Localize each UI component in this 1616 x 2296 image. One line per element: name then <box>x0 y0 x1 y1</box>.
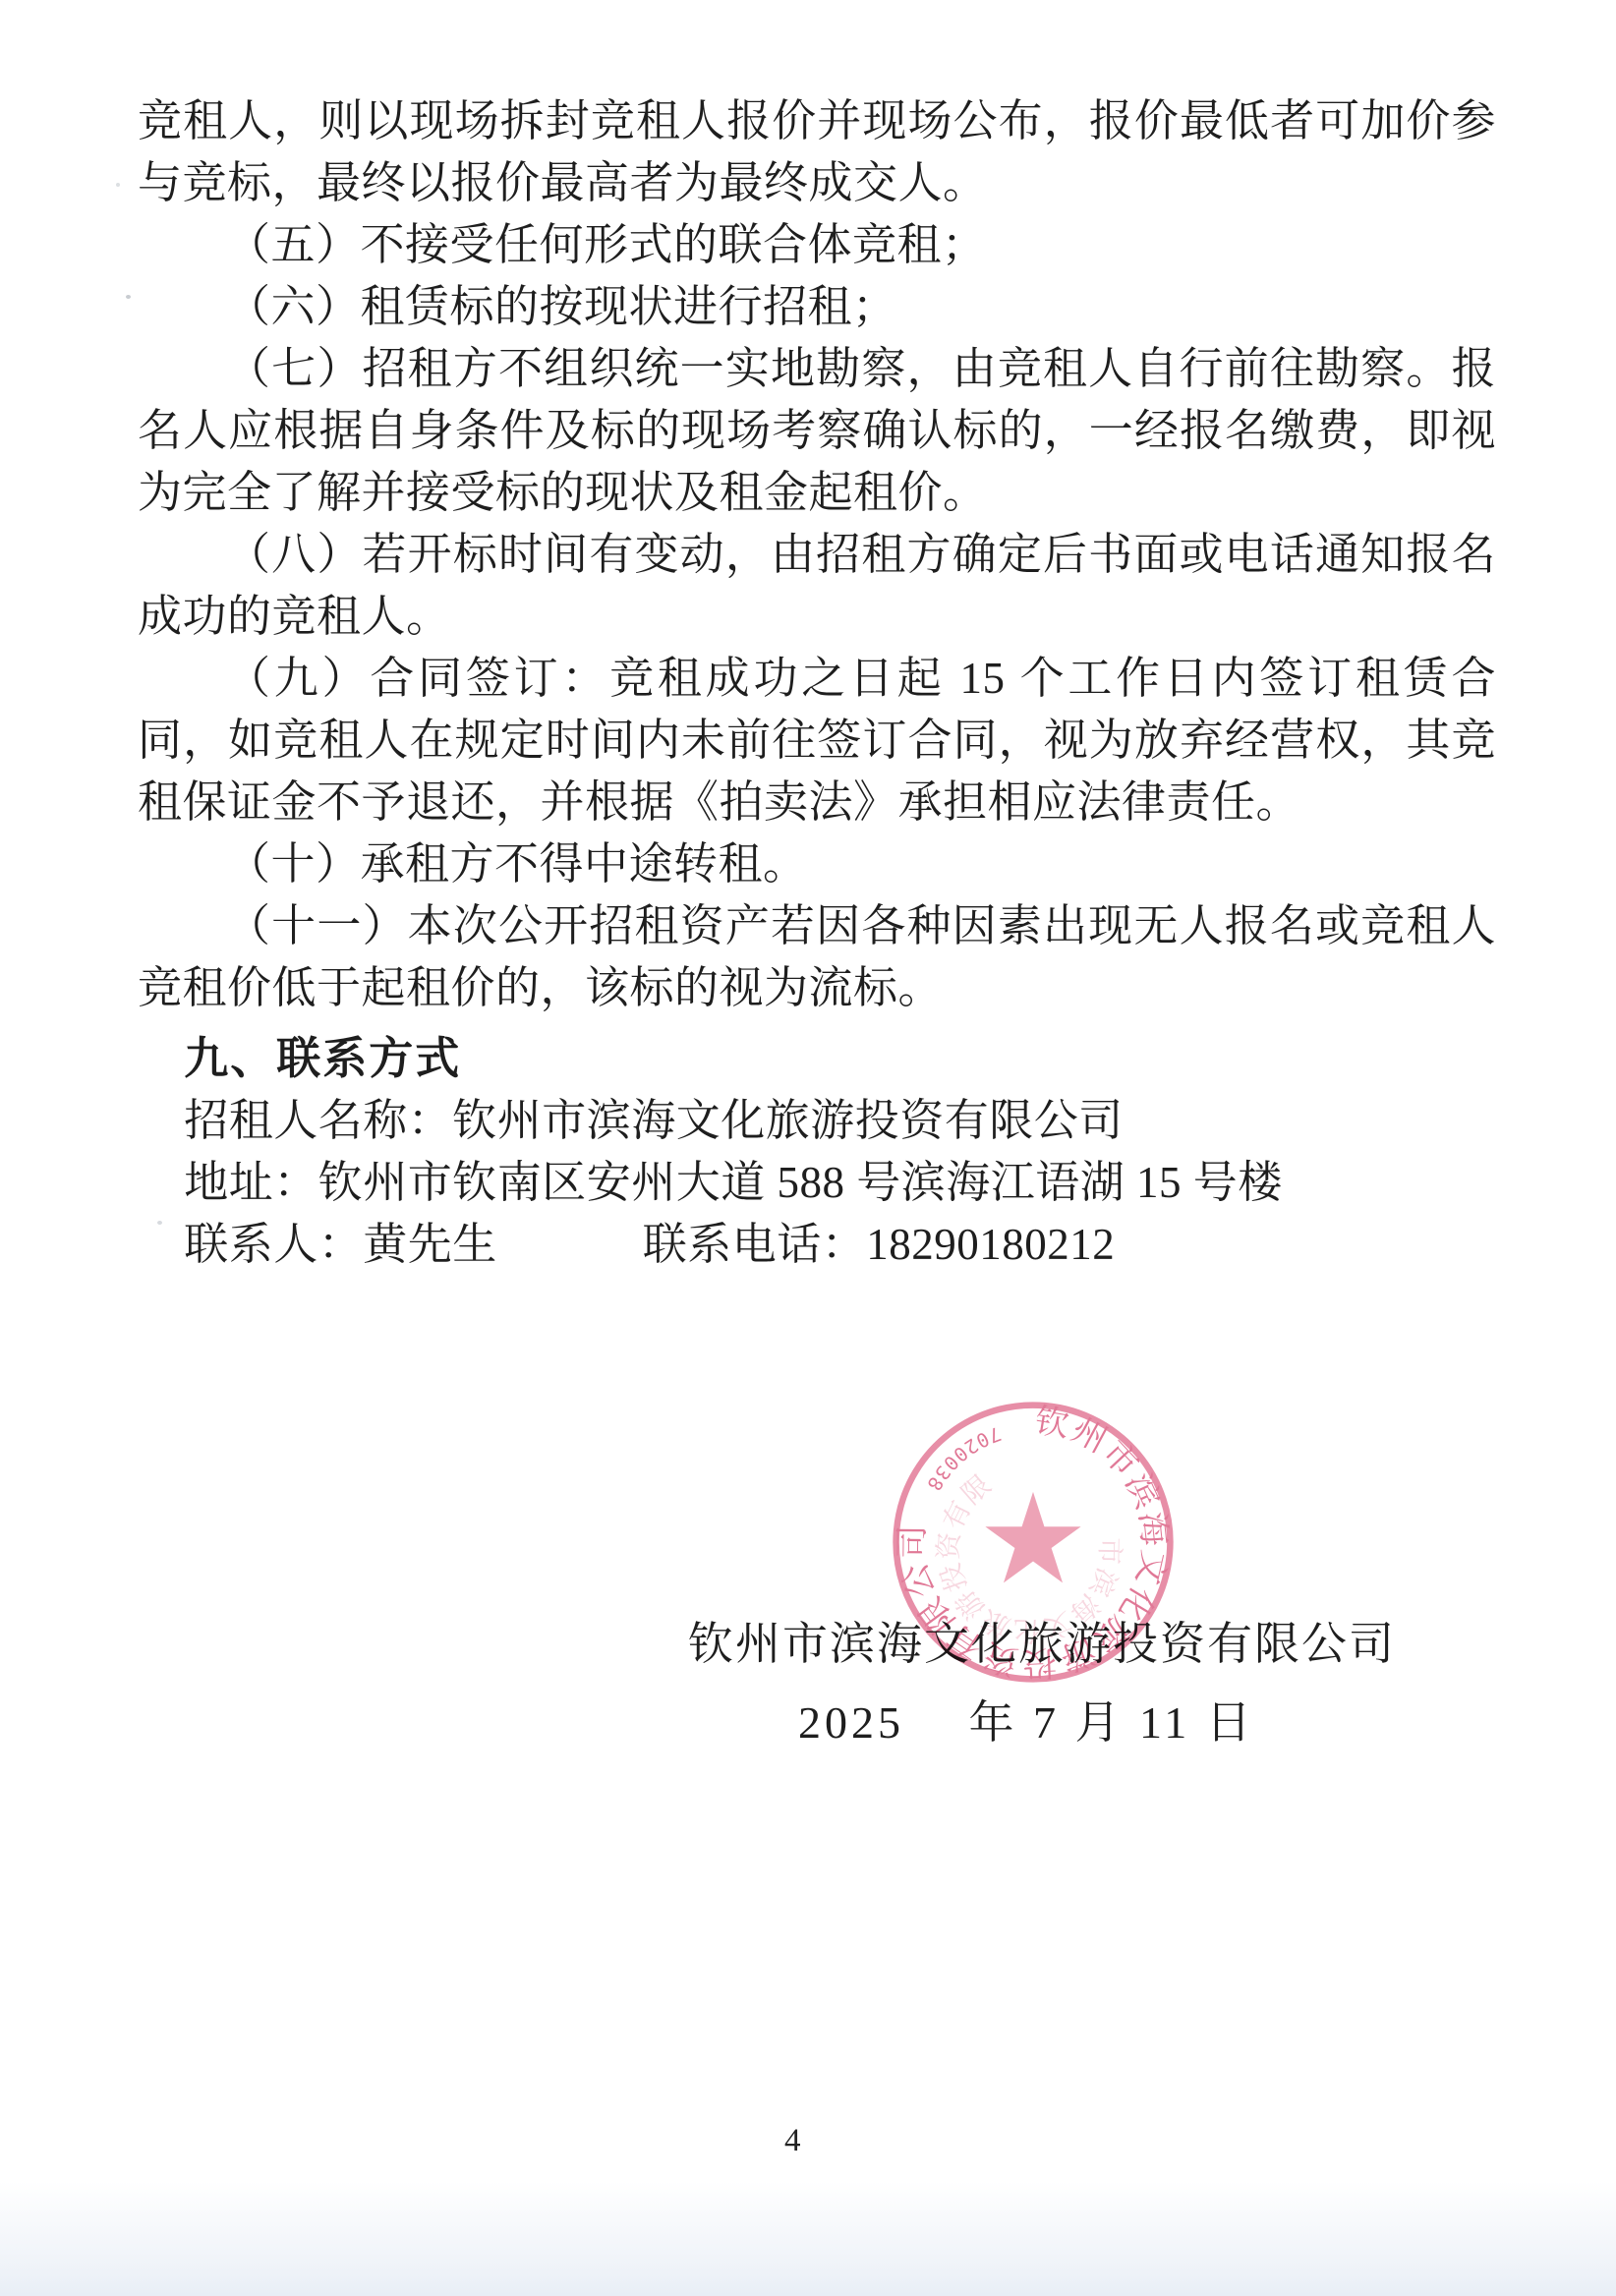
scanned-document-page: 竞租人，则以现场拆封竞租人报价并现场公布，报价最低者可加价参与竞标，最终以报价最… <box>0 0 1616 2296</box>
paragraph-item-5: （五）不接受任何形式的联合体竞租； <box>138 214 1496 276</box>
paragraph-item-9: （九）合同签订：竞租成功之日起 15 个工作日内签订租赁合同，如竞租人在规定时间… <box>138 648 1496 833</box>
paragraph-item-11: （十一）本次公开招租资产若因各种因素出现无人报名或竞租人竞租价低于起租价的，该标… <box>138 895 1496 1019</box>
paragraph-item-6: （六）租赁标的按现状进行招租； <box>138 276 1496 338</box>
paragraph-item-10: （十）承租方不得中途转租。 <box>138 833 1496 895</box>
seal-star-icon <box>985 1492 1080 1582</box>
scan-speck <box>116 183 120 187</box>
paragraph-item-7: （七）招租方不组织统一实地勘察，由竞租人自行前往勘察。报名人应根据自身条件及标的… <box>138 338 1496 524</box>
paragraph-continuation: 竞租人，则以现场拆封竞租人报价并现场公布，报价最低者可加价参与竞标，最终以报价最… <box>138 90 1496 214</box>
address-line: 地址：钦州市钦南区安州大道 588 号滨海江语湖 15 号楼 <box>138 1152 1496 1214</box>
scan-speck <box>126 295 131 299</box>
official-red-seal: 钦州市滨海文化旅游投资有限公司 4507020038637 钦州市滨海文化旅游投… <box>878 1379 1188 1705</box>
page-number: 4 <box>784 2123 801 2159</box>
contact-person: 联系人：黄先生 <box>184 1220 497 1269</box>
lessor-name-line: 招租人名称：钦州市滨海文化旅游投资有限公司 <box>138 1090 1496 1152</box>
contact-person-line: 联系人：黄先生联系电话：18290180212 <box>138 1214 1496 1276</box>
contact-phone: 联系电话：18290180212 <box>643 1220 1116 1269</box>
contact-section-heading: 九、联系方式 <box>138 1027 1496 1090</box>
paragraph-item-8: （八）若开标时间有变动，由招租方确定后书面或电话通知报名成功的竞租人。 <box>138 524 1496 648</box>
document-body: 竞租人，则以现场拆封竞租人报价并现场公布，报价最低者可加价参与竞标，最终以报价最… <box>138 90 1496 1276</box>
